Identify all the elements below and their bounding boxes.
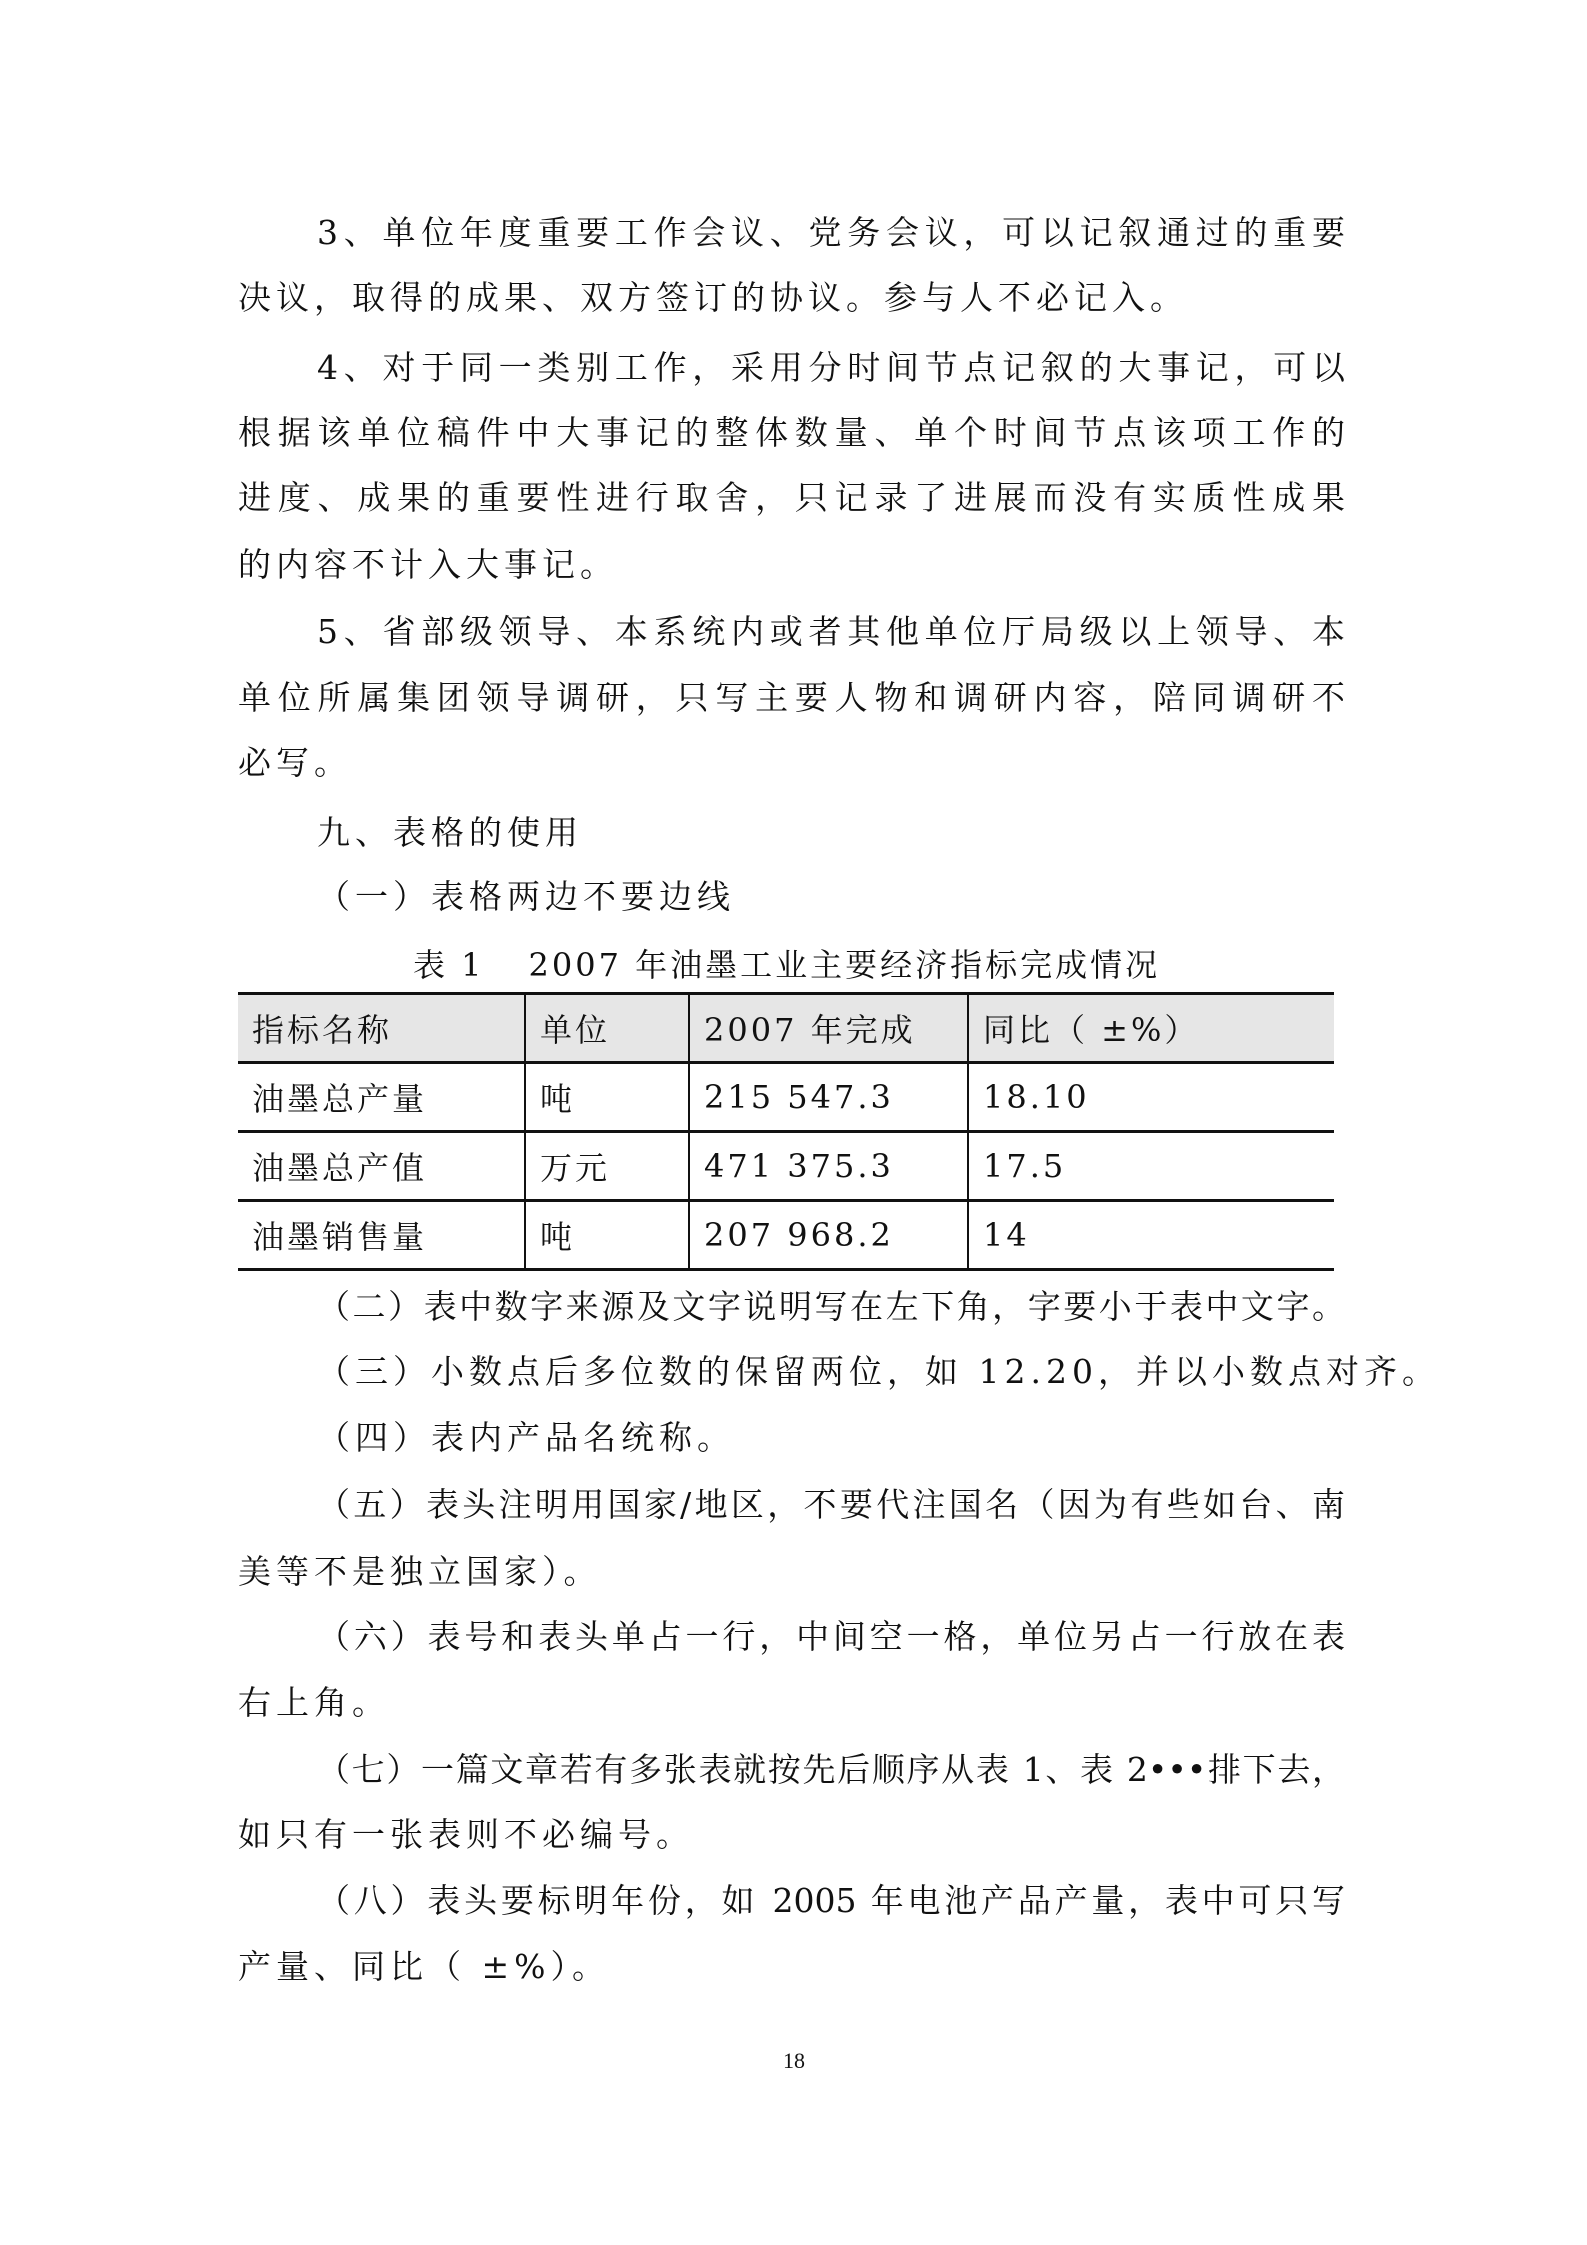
- table-caption: 表 12007 年油墨工业主要经济指标完成情况: [413, 943, 1183, 987]
- cell-yoy: 17.5: [968, 1132, 1334, 1201]
- header-2007-completed: 2007 年完成: [689, 994, 968, 1063]
- cell-value: 471 375.3: [689, 1132, 968, 1201]
- cell-indicator: 油墨总产值: [238, 1132, 525, 1201]
- economic-indicators-table: 指标名称 单位 2007 年完成 同比（ ±%） 油墨总产量 吨 215 547…: [238, 992, 1334, 1271]
- cell-indicator: 油墨总产量: [238, 1063, 525, 1132]
- rule-8-line-1: （八）表头要标明年份，如 2005 年电池产品产量，表中可只写: [317, 1879, 1345, 1923]
- rule-6-line-2: 右上角。: [238, 1681, 1345, 1725]
- cell-yoy: 18.10: [968, 1063, 1334, 1132]
- rule-5-line-2: 美等不是独立国家）。: [238, 1550, 1345, 1594]
- paragraph-4-line-2: 根据该单位稿件中大事记的整体数量、单个时间节点该项工作的: [238, 411, 1345, 455]
- rule-6-line-1: （六）表号和表头单占一行，中间空一格，单位另占一行放在表: [317, 1615, 1345, 1659]
- subsection-1: （一）表格两边不要边线: [317, 875, 1345, 919]
- cell-yoy: 14: [968, 1201, 1334, 1270]
- table-row: 油墨销售量 吨 207 968.2 14: [238, 1201, 1334, 1270]
- section-heading: 九、表格的使用: [317, 811, 1345, 855]
- paragraph-5-line-1: 5、省部级领导、本系统内或者其他单位厅局级以上领导、本: [317, 610, 1345, 654]
- header-indicator-name: 指标名称: [238, 994, 525, 1063]
- paragraph-3-line-2: 决议，取得的成果、双方签订的协议。参与人不必记入。: [238, 276, 1345, 320]
- rule-8-line-2: 产量、同比（ ±%）。: [238, 1945, 1345, 1989]
- paragraph-4-line-4: 的内容不计入大事记。: [238, 543, 1345, 587]
- rule-3: （三）小数点后多位数的保留两位，如 12.20，并以小数点对齐。: [317, 1350, 1345, 1394]
- rule-4: （四）表内产品名统称。: [317, 1416, 1345, 1460]
- table-row: 油墨总产量 吨 215 547.3 18.10: [238, 1063, 1334, 1132]
- rule-5-line-1: （五）表头注明用国家/地区，不要代注国名（因为有些如台、南: [317, 1483, 1345, 1527]
- rule-7-line-2: 如只有一张表则不必编号。: [238, 1813, 1345, 1857]
- paragraph-4-line-3: 进度、成果的重要性进行取舍，只记录了进展而没有实质性成果: [238, 476, 1345, 520]
- table-row: 油墨总产值 万元 471 375.3 17.5: [238, 1132, 1334, 1201]
- cell-unit: 吨: [525, 1201, 689, 1270]
- header-yoy-change: 同比（ ±%）: [968, 994, 1334, 1063]
- paragraph-5-line-3: 必写。: [238, 741, 1345, 785]
- header-unit: 单位: [525, 994, 689, 1063]
- table-caption-number: 表 1: [413, 946, 485, 984]
- rule-2: （二）表中数字来源及文字说明写在左下角，字要小于表中文字。: [317, 1285, 1345, 1329]
- cell-value: 215 547.3: [689, 1063, 968, 1132]
- page-number: 18: [760, 2046, 828, 2076]
- table-caption-title: 2007 年油墨工业主要经济指标完成情况: [529, 946, 1161, 984]
- cell-unit: 万元: [525, 1132, 689, 1201]
- paragraph-3-line-1: 3、单位年度重要工作会议、党务会议，可以记叙通过的重要: [317, 211, 1345, 255]
- cell-unit: 吨: [525, 1063, 689, 1132]
- paragraph-5-line-2: 单位所属集团领导调研，只写主要人物和调研内容，陪同调研不: [238, 676, 1345, 720]
- table-header-row: 指标名称 单位 2007 年完成 同比（ ±%）: [238, 994, 1334, 1063]
- rule-7-line-1: （七）一篇文章若有多张表就按先后顺序从表 1、表 2•••排下去，: [317, 1748, 1345, 1792]
- cell-indicator: 油墨销售量: [238, 1201, 525, 1270]
- cell-value: 207 968.2: [689, 1201, 968, 1270]
- paragraph-4-line-1: 4、对于同一类别工作，采用分时间节点记叙的大事记，可以: [317, 346, 1345, 390]
